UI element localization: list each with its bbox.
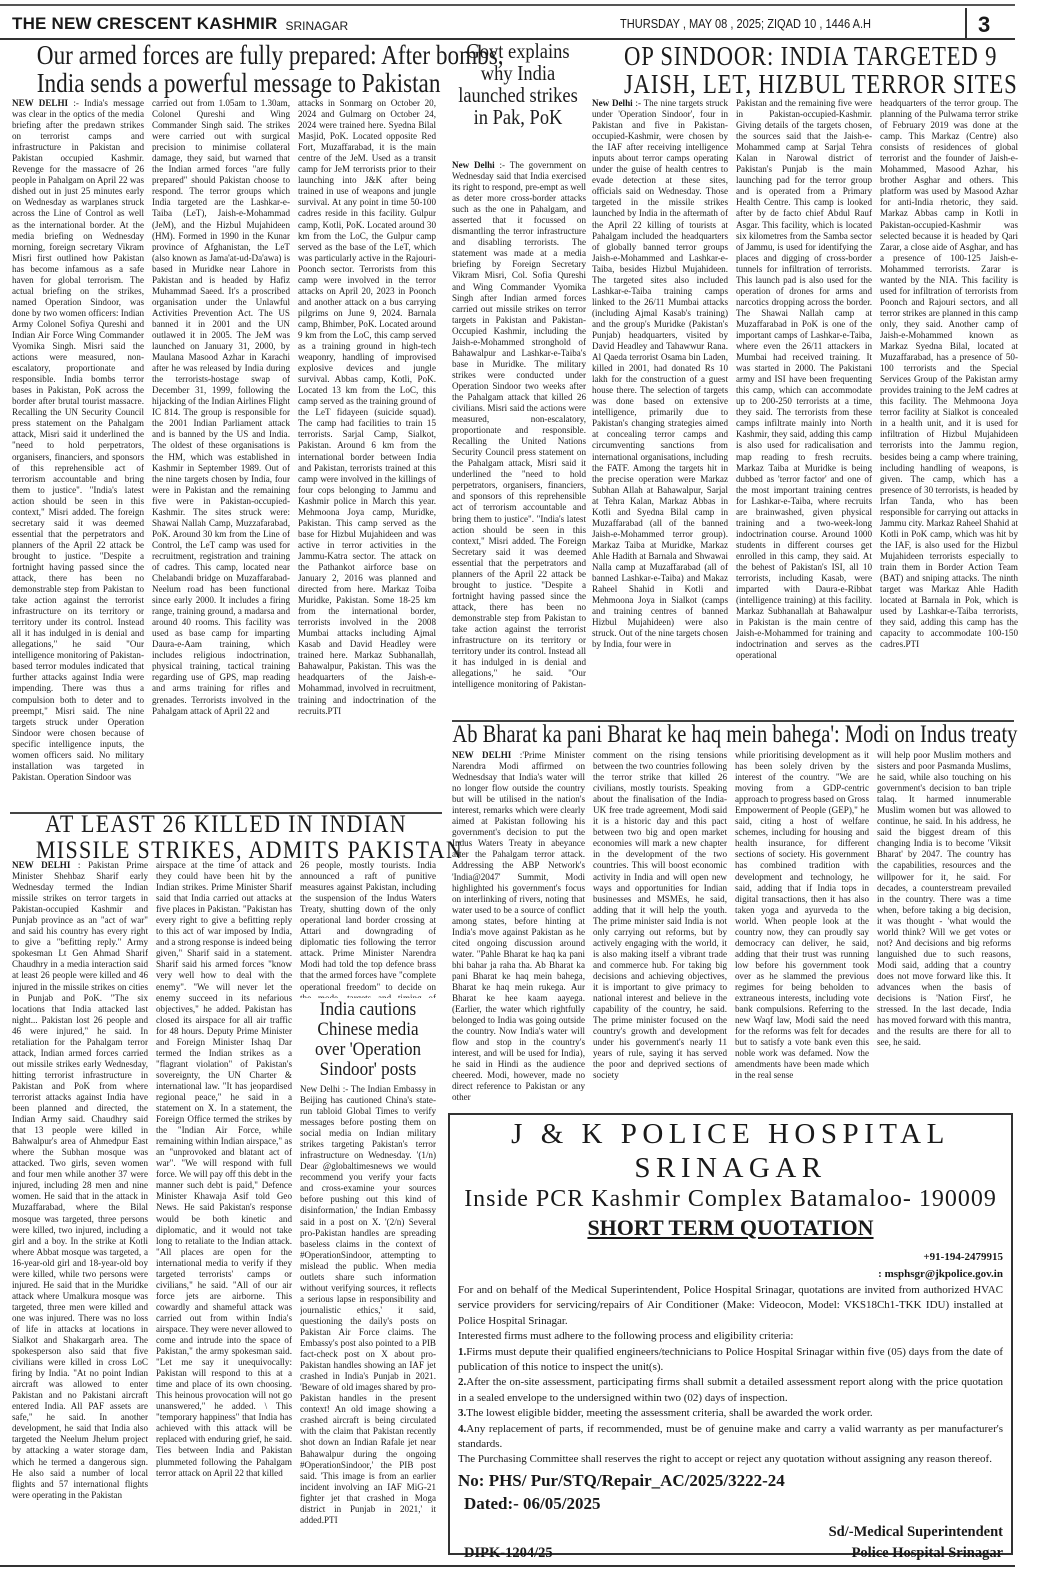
bottom-rule — [0, 1565, 1015, 1567]
article-column: attacks in Sonmarg on October 20, 2024 a… — [298, 98, 436, 809]
column-text: attacks in Sonmarg on October 20, 2024 a… — [298, 98, 436, 717]
article-armed-forces-body: NEW DELHI :- India's message was clear i… — [12, 98, 436, 809]
masthead: THE NEW CRESCENT KASHMIR SRINAGAR THURSD… — [12, 12, 1012, 36]
top-rule — [0, 4, 1015, 6]
criterion-text: After the on-site assessment, participat… — [458, 1376, 1003, 1403]
signatory-org: Police Hospital Srinagar — [829, 1543, 1003, 1564]
criterion-text: Firms must depute their qualified engine… — [458, 1346, 1003, 1373]
column-text: airspace at the time of attack and they … — [156, 860, 292, 1479]
ad-closing: The Purchasing Committee shall reserves … — [458, 1452, 1003, 1467]
column-text: The Indian Embassy in Beijing has cautio… — [300, 1084, 436, 1525]
column-text: The nine targets struck under 'Operation… — [592, 98, 728, 649]
criterion-number: 2. — [458, 1376, 466, 1388]
article-column: Pakistan and the remaining five were in … — [736, 98, 872, 688]
ad-dated: Dated:- 06/05/2025 — [464, 1493, 1003, 1514]
article-column: NEW DELHI :'Prime Minister Narendra Modi… — [452, 750, 585, 1108]
headline-line: India sends a powerful message to Pakist… — [37, 69, 415, 97]
headline-at-least-26: AT LEAST 26 KILLED IN INDIAN MISSILE STR… — [10, 812, 442, 865]
ad-signatory: Sd/-Medical Superintendent Police Hospit… — [829, 1522, 1003, 1564]
paragraph: NEW DELHI :'Prime Minister Narendra Modi… — [452, 750, 585, 1104]
headline-line: Our armed forces are fully prepared: Aft… — [37, 41, 415, 69]
dateline: NEW DELHI — [452, 750, 511, 760]
dateline: NEW DELHI — [12, 860, 70, 870]
article-at-least-26-body: NEW DELHI : Pakistan Prime Minister Sheh… — [12, 860, 436, 1560]
article-column: 26 people, mostly tourists. India announ… — [300, 860, 436, 998]
headline-op-sindoor: OP SINDOOR: INDIA TARGETED 9 JAISH, LET,… — [590, 42, 1015, 99]
paragraph: New Delhi :- The nine targets struck und… — [592, 98, 728, 650]
paragraph: NEW DELHI : Pakistan Prime Minister Sheh… — [12, 860, 148, 1501]
headline-line: OP SINDOOR: INDIA TARGETED 9 — [624, 42, 981, 70]
paragraph: New Delhi :- The Indian Embassy in Beiji… — [300, 1084, 436, 1526]
ad-criterion: 3.The lowest eligible bidder, meeting th… — [458, 1406, 1003, 1421]
headline-govt-explains: Govt explains why India launched strikes… — [458, 40, 578, 128]
dateline: New Delhi — [592, 98, 633, 108]
ad-intro: For and on behalf of the Medical Superin… — [458, 1283, 1003, 1329]
column-text: 'Prime Minister Narendra Modi affirmed o… — [452, 750, 585, 1102]
article-column: while prioritising development as it has… — [735, 750, 869, 1108]
headline-line: AT LEAST 26 KILLED IN INDIAN — [36, 812, 416, 838]
criterion-number: 3. — [458, 1407, 466, 1419]
column-text: Pakistan Prime Minister Shehbaz Sharif e… — [12, 860, 148, 1500]
masthead-divider — [965, 8, 967, 38]
criterion-text: Any replacement of parts, if recommended… — [458, 1423, 1003, 1450]
dateline: New Delhi — [452, 160, 495, 170]
article-column: NEW DELHI : Pakistan Prime Minister Sheh… — [12, 860, 148, 1560]
headline-china-media: India cautions Chinese media over 'Opera… — [307, 1000, 429, 1080]
ad-title: J & K POLICE HOSPITAL SRINAGAR — [458, 1117, 1003, 1185]
ad-criterion: 2.After the on-site assessment, particip… — [458, 1375, 1003, 1406]
column-text: India's message was clear in the optics … — [12, 98, 144, 782]
headline-armed-forces: Our armed forces are fully prepared: Aft… — [6, 41, 446, 98]
page-number: 3 — [978, 12, 990, 38]
dateline: New Delhi — [300, 1084, 340, 1094]
article-column: NEW DELHI :- India's message was clear i… — [12, 98, 144, 809]
column-text: carried out from 1.05am to 1.30am, Colon… — [152, 98, 290, 717]
dateline: NEW DELHI — [12, 98, 68, 108]
police-hospital-quotation-ad: J & K POLICE HOSPITAL SRINAGAR Inside PC… — [448, 1113, 1013, 1555]
article-column: comment on the rising tensions between t… — [593, 750, 727, 1108]
ad-notice-type: SHORT TERM QUOTATION — [458, 1213, 1003, 1243]
column-text: Pakistan and the remaining five were in … — [736, 98, 872, 661]
article-column: will help poor Muslim mothers and sister… — [877, 750, 1011, 1108]
right-stack: 26 people, mostly tourists. India announ… — [300, 860, 436, 1560]
column-text: will help poor Muslim mothers and sister… — [877, 750, 1011, 1048]
article-op-sindoor-body: New Delhi :- The nine targets struck und… — [592, 98, 1018, 688]
criterion-text: The lowest eligible bidder, meeting the … — [466, 1407, 872, 1419]
column-text: headquarters of the terror group. The pl… — [880, 98, 1018, 650]
ad-signature-block: DIPK-1204/25 Sd/-Medical Superintendent … — [458, 1522, 1003, 1564]
criterion-number: 4. — [458, 1423, 466, 1435]
signatory-title: Sd/-Medical Superintendent — [829, 1522, 1003, 1543]
newspaper-city: SRINAGAR — [285, 19, 348, 33]
ad-address: Inside PCR Kashmir Complex Batamaloo- 19… — [458, 1185, 1003, 1213]
ad-criterion: 1.Firms must depute their qualified engi… — [458, 1345, 1003, 1376]
ad-phone: +91-194-2479915 — [458, 1249, 1003, 1266]
headline-indus-treaty: Ab Bharat ka pani Bharat ke haq mein bah… — [452, 722, 1018, 748]
issue-date: THURSDAY , MAY 08 , 2025; ZIQAD 10 , 144… — [620, 16, 871, 31]
article-column: headquarters of the terror group. The pl… — [880, 98, 1018, 688]
article-column: carried out from 1.05am to 1.30am, Colon… — [152, 98, 290, 809]
column-text: while prioritising development as it has… — [735, 750, 869, 1081]
article-column: airspace at the time of attack and they … — [156, 860, 292, 1560]
ad-email: : msphsgr@jkpolice.gov.in — [458, 1266, 1003, 1283]
column-text: comment on the rising tensions between t… — [593, 750, 727, 1081]
ad-criteria-intro: Interested firms must adhere to the foll… — [458, 1329, 1003, 1344]
criterion-number: 1. — [458, 1346, 466, 1358]
article-column: New Delhi :- The Indian Embassy in Beiji… — [300, 1084, 436, 1560]
article-column: New Delhi :- The government on Wednesday… — [452, 160, 586, 690]
article-govt-explains-body: New Delhi :- The government on Wednesday… — [452, 160, 586, 690]
ad-dipk-number: DIPK-1204/25 — [464, 1543, 553, 1564]
headline-line: JAISH, LET, HIZBUL TERROR SITES — [624, 70, 981, 98]
newspaper-name: THE NEW CRESCENT KASHMIR — [12, 14, 277, 34]
column-text: The government on Wednesday said that In… — [452, 160, 586, 690]
column-text: 26 people, mostly tourists. India announ… — [300, 860, 436, 998]
article-column: New Delhi :- The nine targets struck und… — [592, 98, 728, 688]
paragraph: New Delhi :- The government on Wednesday… — [452, 160, 586, 690]
ad-criterion: 4.Any replacement of parts, if recommend… — [458, 1422, 1003, 1453]
article-indus-treaty-body: NEW DELHI :'Prime Minister Narendra Modi… — [452, 750, 1011, 1108]
ad-reference-number: No: PHS/ Pur/STQ/Repair_AC/2025/3222-24 — [458, 1470, 1003, 1491]
paragraph: NEW DELHI :- India's message was clear i… — [12, 98, 144, 783]
